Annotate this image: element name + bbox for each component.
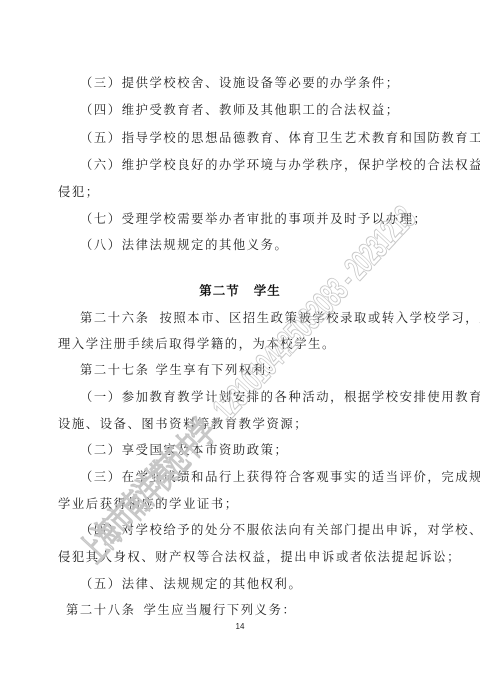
- section-heading: 第二节学生: [0, 283, 480, 299]
- article-27-text: 学生享有下列权利：: [156, 363, 281, 377]
- page-number: 14: [0, 622, 480, 631]
- article-28-text: 学生应当履行下列义务：: [144, 603, 297, 617]
- right-item-1: （一）参加教育教学计划安排的各种活动，根据学校安排使用教育教学: [80, 389, 480, 405]
- obligation-item-3: （三）提供学校校舍、设施设备等必要的办学条件；: [80, 75, 400, 91]
- obligation-item-6-continued: 侵犯；: [58, 184, 100, 200]
- section-title: 学生: [254, 283, 281, 298]
- section-number: 第二节: [199, 283, 240, 298]
- right-item-4: （四）对学校给予的处分不服依法向有关部门提出申诉，对学校、教师: [80, 522, 480, 538]
- article-26: 第二十六条按照本市、区招生政策被学校录取或转入学校学习，且办: [80, 310, 480, 326]
- obligation-item-4: （四）维护受教育者、教师及其他职工的合法权益；: [80, 102, 400, 118]
- right-item-3: （三）在学业成绩和品行上获得符合客观事实的适当评价，完成规定的: [80, 469, 480, 485]
- article-28: 第二十八条学生应当履行下列义务：: [66, 602, 296, 618]
- article-27: 第二十七条学生享有下列权利：: [80, 362, 281, 378]
- obligation-item-6: （六）维护学校良好的办学环境与办学秩序，保护学校的合法权益不受: [80, 157, 480, 173]
- right-item-2: （二）享受国家及本市资助政策；: [80, 442, 288, 458]
- right-item-5: （五）法律、法规规定的其他权利。: [80, 576, 302, 592]
- article-27-label: 第二十七条: [80, 363, 150, 377]
- right-item-3-continued: 学业后获得相应的学业证书；: [58, 496, 239, 512]
- article-26-continued: 理入学注册手续后取得学籍的，为本校学生。: [58, 336, 336, 352]
- obligation-item-5: （五）指导学校的思想品德教育、体育卫生艺术教育和国防教育工作；: [80, 130, 480, 146]
- obligation-item-7: （七）受理学校需要举办者审批的事项并及时予以办理；: [80, 211, 427, 227]
- article-26-text: 按照本市、区招生政策被学校录取或转入学校学习，且办: [160, 311, 480, 325]
- document-page: （三）提供学校校舍、设施设备等必要的办学条件； （四）维护受教育者、教师及其他职…: [0, 0, 480, 679]
- article-26-label: 第二十六条: [80, 311, 150, 325]
- obligation-item-8: （八）法律法规规定的其他义务。: [80, 237, 288, 253]
- right-item-1-continued: 设施、设备、图书资料等教育教学资源；: [58, 416, 308, 432]
- article-28-label: 第二十八条: [66, 603, 136, 617]
- right-item-4-continued: 侵犯其人身权、财产权等合法权益，提出申诉或者依法提起诉讼；: [58, 549, 461, 565]
